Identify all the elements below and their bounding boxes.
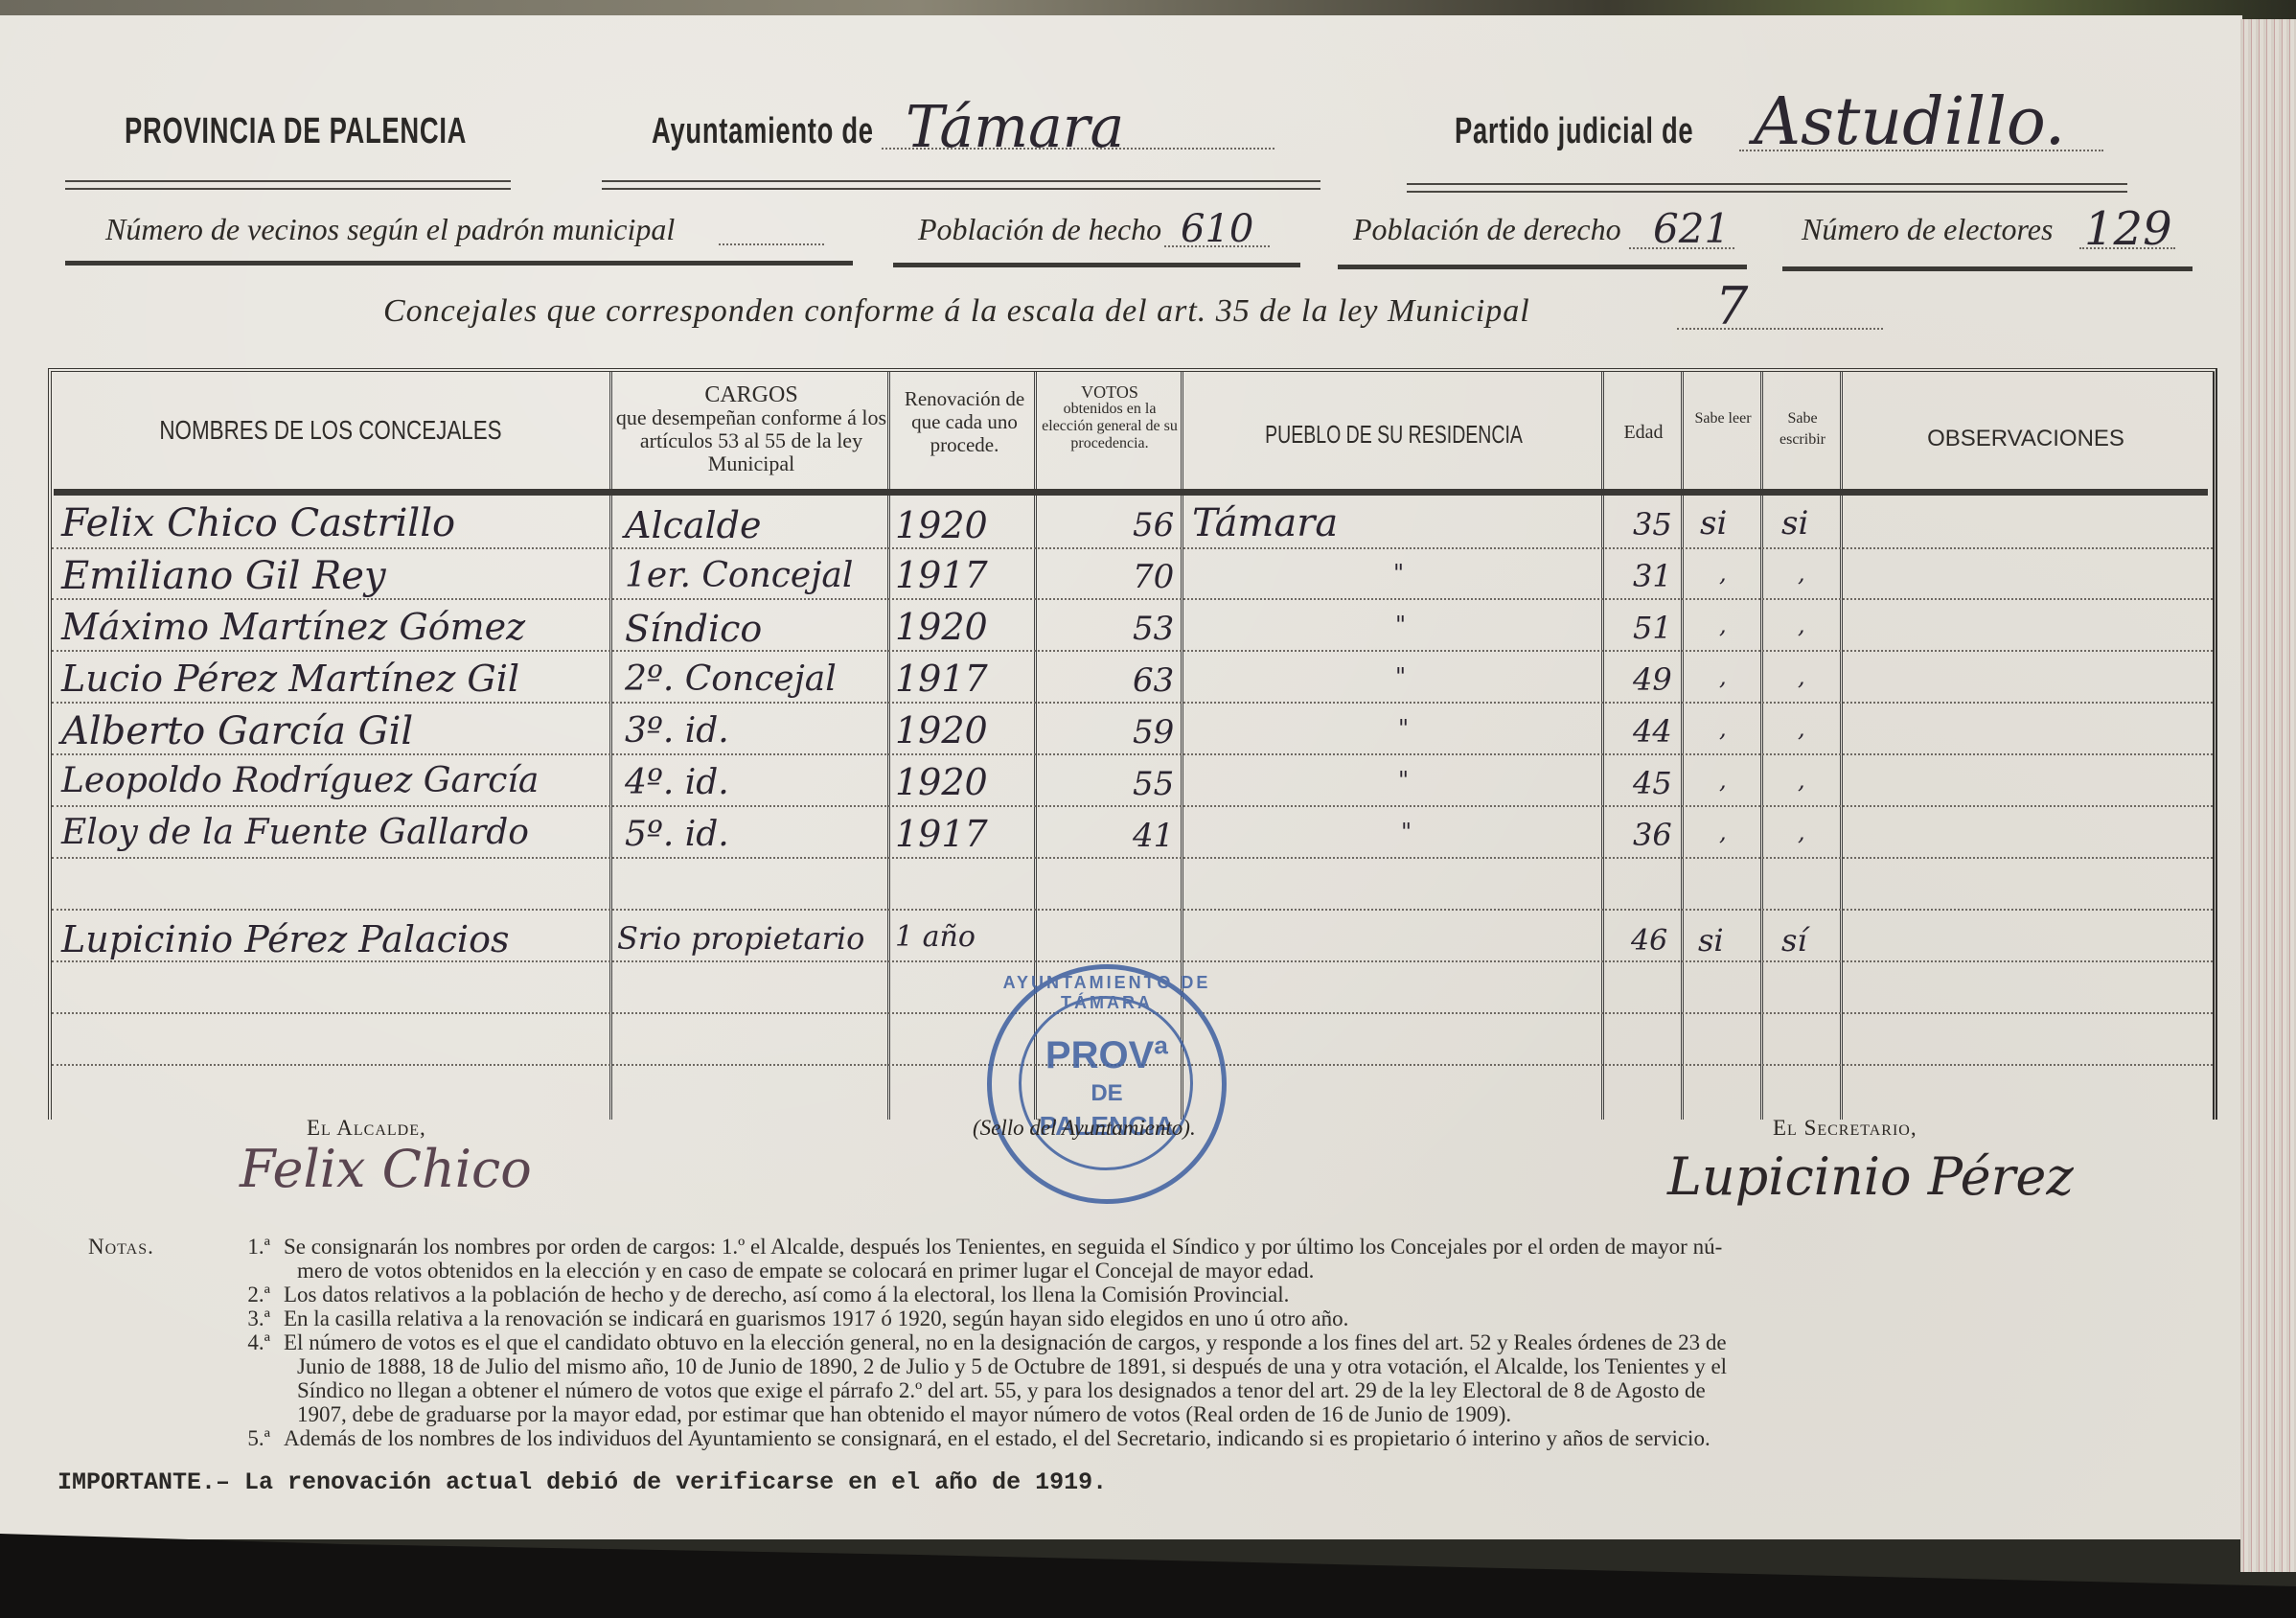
poblacion-derecho-label: Población de derecho [1353,212,1621,247]
col-pueblo [1183,372,1604,1120]
sello-label: (Sello del Ayuntamiento). [973,1116,1196,1141]
note-number: 4.ª [220,1330,270,1354]
cell-escribir: si [1781,504,1808,543]
cell-renovacion: 1917 [895,658,988,700]
note-number: 3.ª [220,1306,270,1330]
cell-edad: 36 [1633,817,1672,853]
cell-escribir: , [1798,819,1805,845]
cell-cargo: 5º. id. [625,815,729,854]
header-nombres: NOMBRES DE LOS CONCEJALES [107,415,554,446]
cell-edad: 49 [1633,661,1672,698]
vecinos-dotline [719,243,824,245]
note-text: Los datos relativos a la población de he… [284,1283,1289,1306]
cell-pueblo: " [1398,767,1409,794]
cell-escribir: sí [1781,922,1807,959]
stamp-ring-text: AYUNTAMIENTO DE TÁMARA [992,973,1222,1013]
cell-cargo: 4º. id. [625,763,729,802]
cell-votos: 55 [1133,765,1174,803]
alcalde-signature: Felix Chico [240,1139,532,1199]
header-votos-sub: obtenidos en la elección general de su p… [1039,401,1181,452]
cell-cargo: Alcalde [625,504,762,546]
cell-nombre: Alberto García Gil [61,709,413,753]
cell-leer: , [1719,819,1727,845]
poblacion-hecho-value: 610 [1181,207,1253,251]
row-rule [52,753,2213,755]
note-number: 2.ª [220,1283,270,1306]
note-number: 5.ª [220,1426,270,1450]
note-4-cont-3: 1907, debe de graduarse por la mayor eda… [297,1402,1511,1426]
cell-renovacion: 1920 [895,504,988,546]
electores-rule [1782,266,2193,271]
cell-edad: 35 [1633,506,1672,543]
cell-escribir: , [1798,663,1805,690]
cell-edad: 31 [1633,558,1672,594]
cell-votos: 63 [1133,661,1174,700]
cell-edad: 51 [1633,610,1672,646]
cell-escribir: , [1798,715,1805,742]
header-renovacion: Renovación de que cada uno procede. [895,387,1034,456]
ayuntamiento-rule [602,180,1320,190]
row-rule [52,650,2213,652]
note-2: 2.ªLos datos relativos a la población de… [220,1283,1289,1306]
alcalde-label: El Alcalde, [307,1116,426,1141]
cell-nombre: Eloy de la Fuente Gallardo [61,813,529,852]
cell-nombre: Máximo Martínez Gómez [61,606,525,648]
document-page: PROVINCIA DE PALENCIA Ayuntamiento de Tá… [0,15,2242,1539]
row-rule [52,857,2213,859]
ayuntamiento-value: Támara [906,94,1124,161]
cell-renovacion: 1 año [895,920,976,954]
concejales-dotline [1677,328,1883,330]
important-notice: IMPORTANTE.– La renovación actual debió … [57,1468,1107,1496]
header-cargos-sub: que desempeñan conforme á los artículos … [615,406,887,475]
note-text: En la casilla relativa a la renovación s… [284,1306,1348,1330]
cell-cargo: 2º. Concejal [625,659,837,699]
header-edad: Edad [1606,422,1681,444]
cell-leer: si [1700,504,1727,543]
note-3: 3.ªEn la casilla relativa a la renovació… [220,1306,1348,1330]
ayuntamiento-label: Ayuntamiento de [652,111,874,152]
note-text: Se consignarán los nombres por orden de … [284,1235,1722,1259]
vecinos-label: Número de vecinos según el padrón munici… [105,212,675,247]
cell-escribir: , [1798,560,1805,587]
cell-pueblo: " [1393,560,1404,587]
col-escribir [1763,372,1843,1120]
province-rule [65,180,511,190]
cell-edad: 44 [1633,713,1672,750]
notes-label: Notas. [88,1235,154,1259]
cell-nombre: Lupicinio Pérez Palacios [61,918,509,960]
cell-cargo: Srio propietario [617,920,864,957]
cell-nombre: Felix Chico Castrillo [61,501,455,545]
note-number: 1.ª [220,1235,270,1259]
cell-leer: , [1719,560,1727,587]
cell-votos: 53 [1133,610,1174,648]
cell-votos: 70 [1133,558,1174,596]
secretario-label: El Secretario, [1773,1116,1917,1141]
row-rule [52,547,2213,549]
cell-cargo: Síndico [625,608,762,650]
cell-pueblo: " [1398,715,1409,742]
cell-leer: si [1698,922,1724,959]
header-sabe-escribir: Sabe escribir [1765,408,1840,451]
row-rule [52,702,2213,704]
note-4-cont-1: Junio de 1888, 18 de Julio del mismo año… [297,1354,1727,1378]
header-pueblo: PUEBLO DE SU RESIDENCIA [1238,420,1550,450]
vecinos-rule [65,261,853,266]
partido-rule [1407,183,2127,193]
row-rule [52,598,2213,600]
cell-edad: 46 [1631,924,1667,958]
cell-pueblo: " [1395,663,1406,690]
note-4-cont-2: Síndico no llegan a obtener el número de… [297,1378,1706,1402]
ayuntamiento-stamp: AYUNTAMIENTO DE TÁMARA PROVª DE PALENCIA [987,964,1227,1204]
secretario-signature: Lupicinio Pérez [1667,1146,2074,1207]
row-rule [52,805,2213,807]
cell-renovacion: 1920 [895,606,988,648]
cell-renovacion: 1920 [895,709,988,751]
cell-nombre: Lucio Pérez Martínez Gil [61,658,519,700]
cell-votos: 41 [1133,817,1174,855]
header-sabe-leer: Sabe leer [1686,408,1760,429]
electores-value: 129 [2084,202,2172,256]
cell-renovacion: 1920 [895,761,988,803]
poblacion-hecho-rule [893,263,1300,267]
note-text: El número de votos es el que el candidat… [284,1330,1727,1354]
stamp-center-2: DE [992,1080,1222,1107]
note-text: Además de los nombres de los individuos … [284,1426,1711,1450]
electores-label: Número de electores [1802,212,2053,247]
cell-nombre: Emiliano Gil Rey [61,554,386,598]
cell-nombre: Leopoldo Rodríguez García [61,761,539,800]
partido-value: Astudillo. [1754,84,2065,160]
row-rule [52,960,2213,962]
page-stack-edge [2240,19,2296,1572]
cell-renovacion: 1917 [895,554,988,596]
header-observaciones: OBSERVACIONES [1844,426,2208,452]
cell-leer: , [1719,715,1727,742]
cell-edad: 45 [1633,765,1672,801]
header-bottom-rule [54,489,2208,496]
province-heading: PROVINCIA DE PALENCIA [125,111,467,152]
cell-pueblo: Támara [1192,501,1338,545]
note-1-cont: mero de votos obtenidos en la elección y… [297,1259,1314,1283]
cell-cargo: 3º. id. [625,711,729,751]
stamp-center-1: PROVª [992,1034,1222,1077]
header-votos: VOTOS obtenidos en la elección general d… [1039,383,1181,452]
header-votos-title: VOTOS [1039,383,1181,401]
note-4: 4.ªEl número de votos es el que el candi… [220,1330,1727,1354]
poblacion-derecho-value: 621 [1653,205,1730,252]
poblacion-hecho-label: Población de hecho [918,212,1161,247]
col-leer [1684,372,1763,1120]
cell-escribir: , [1798,612,1805,638]
cell-leer: , [1719,767,1727,794]
partido-label: Partido judicial de [1455,111,1693,152]
cell-cargo: 1er. Concejal [625,556,853,595]
concejales-value: 7 [1715,276,1748,336]
header-cargos: CARGOS que desempeñan conforme á los art… [615,383,887,475]
row-rule [52,909,2213,911]
header-cargos-title: CARGOS [615,383,887,406]
cell-pueblo: " [1395,612,1406,638]
cell-pueblo: " [1401,819,1412,845]
cell-leer: , [1719,663,1727,690]
note-1: 1.ªSe consignarán los nombres por orden … [220,1235,1722,1259]
cell-votos: 59 [1133,713,1174,751]
poblacion-derecho-rule [1338,265,1747,269]
note-5: 5.ªAdemás de los nombres de los individu… [220,1426,1711,1450]
cell-votos: 56 [1133,506,1174,544]
concejales-label: Concejales que corresponden conforme á l… [383,293,1530,330]
cell-renovacion: 1917 [895,813,988,855]
cell-escribir: , [1798,767,1805,794]
cell-leer: , [1719,612,1727,638]
